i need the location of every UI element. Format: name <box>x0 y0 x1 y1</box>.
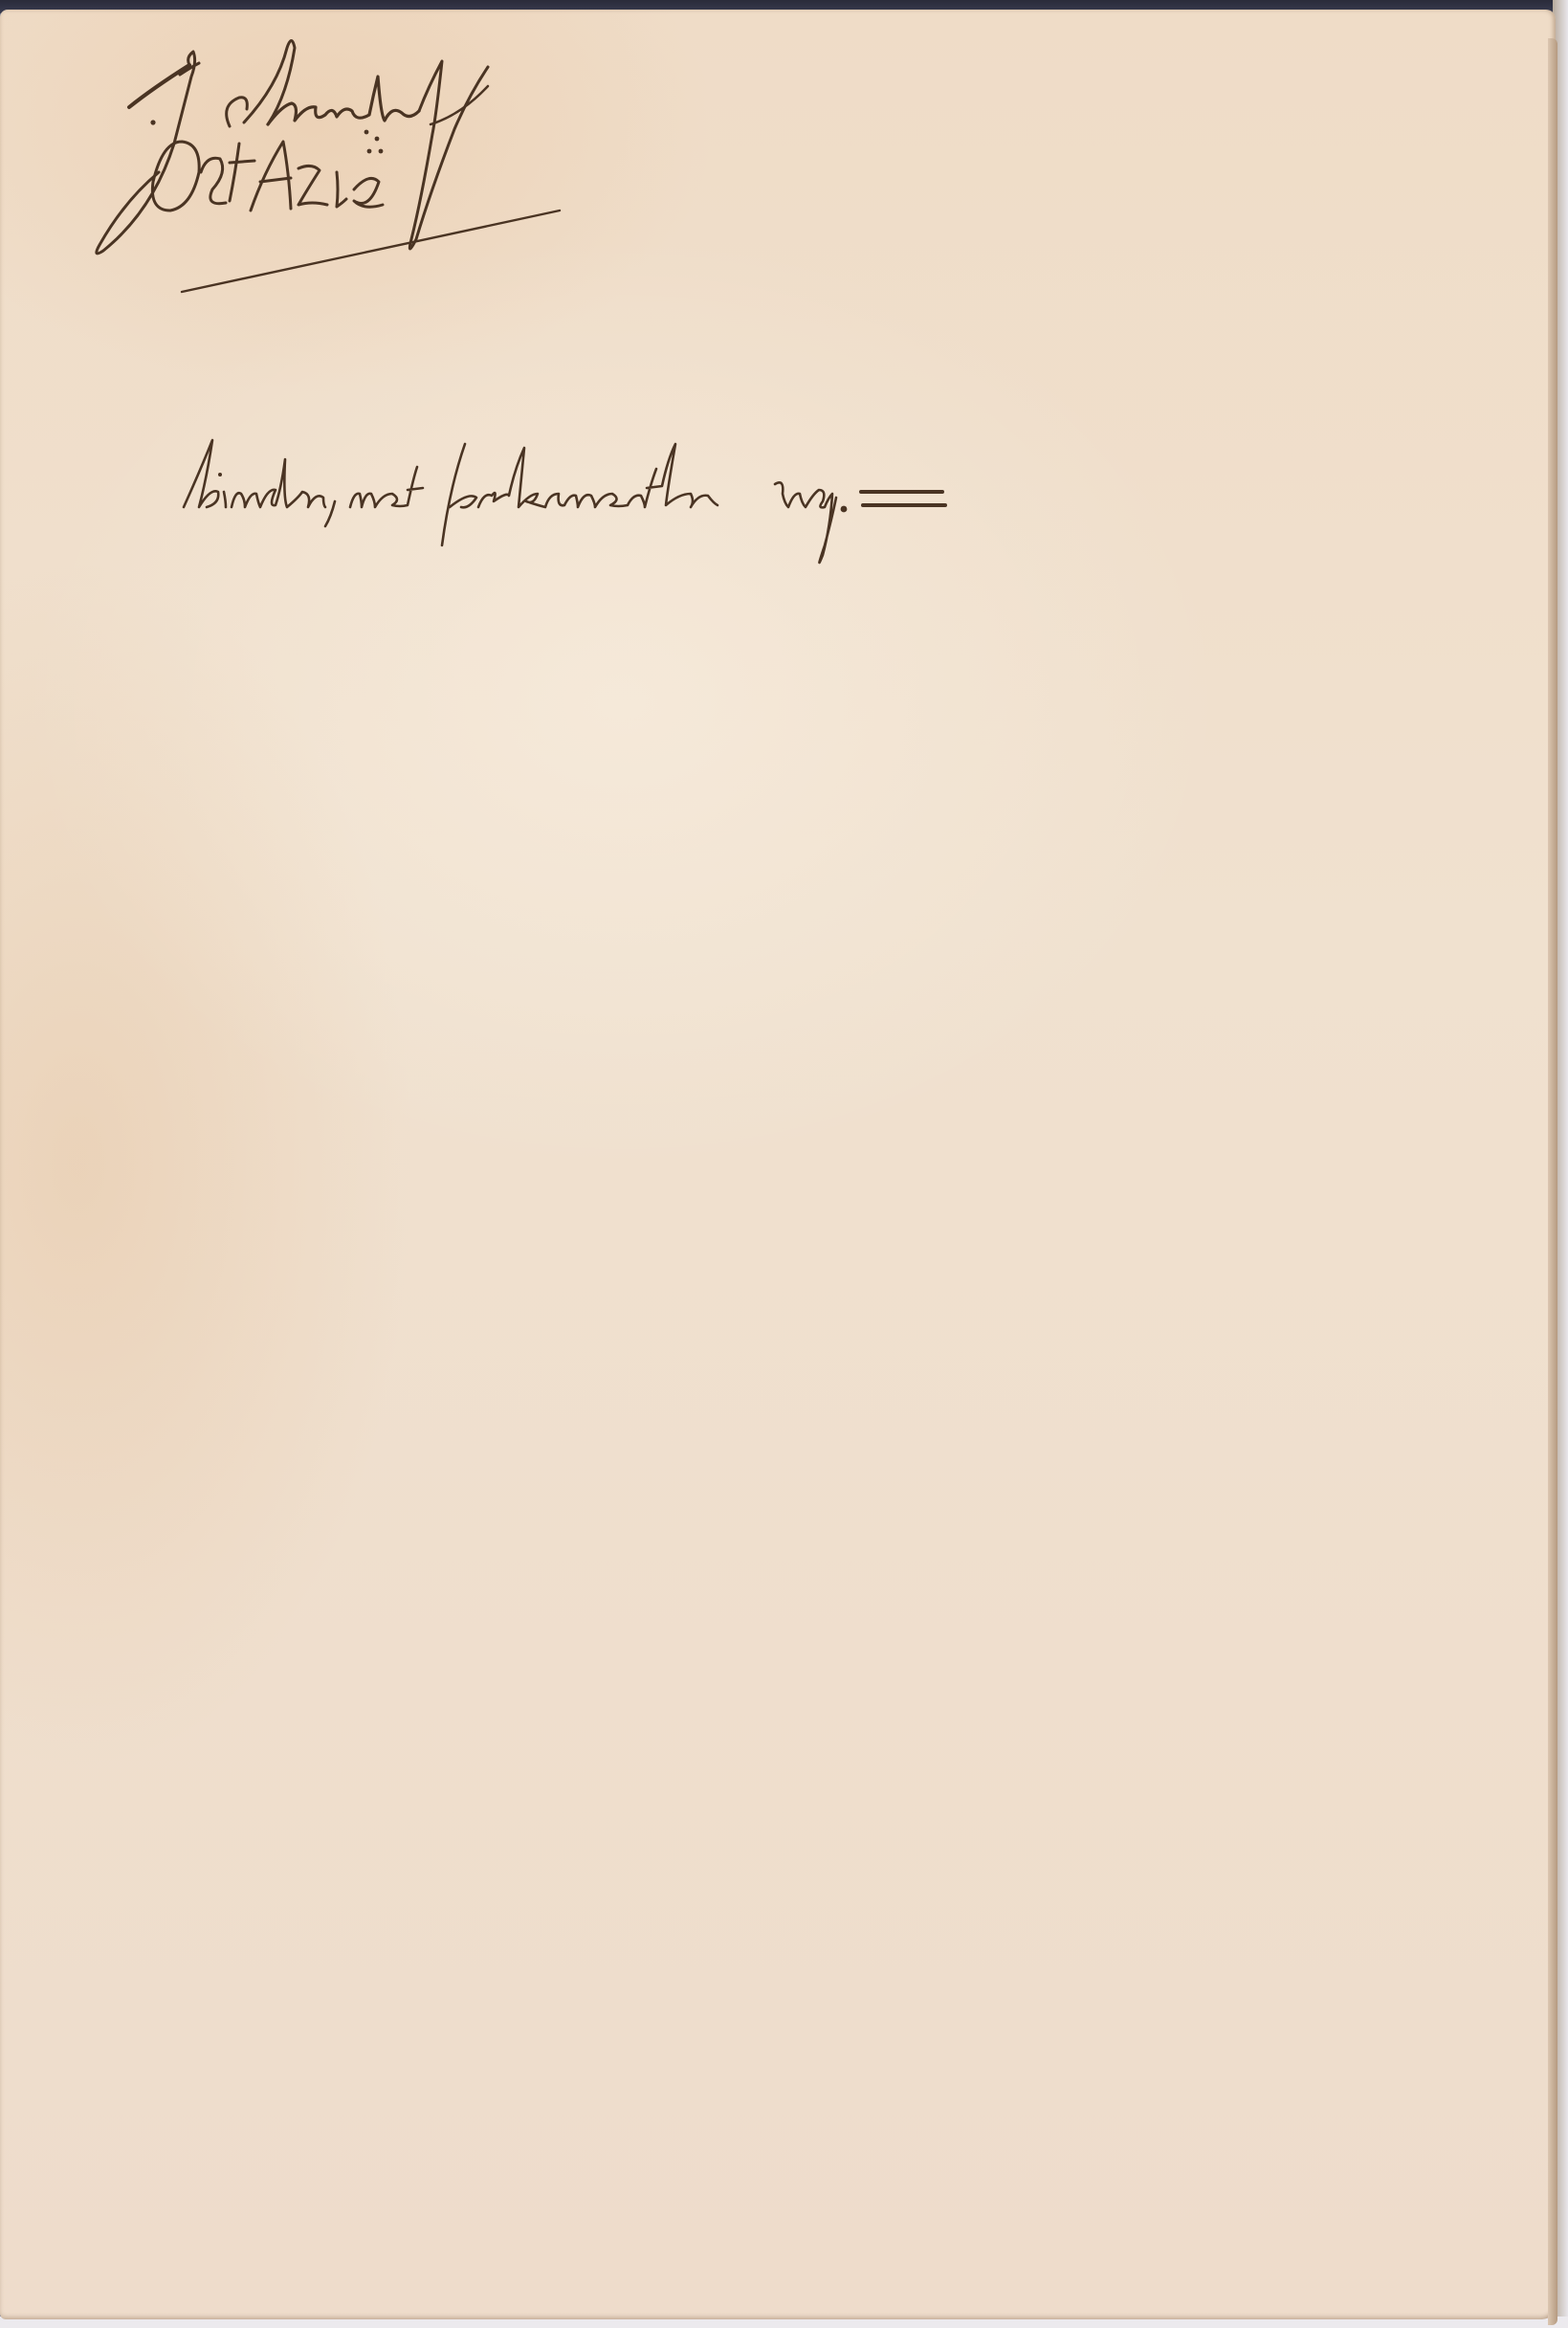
handwritten-signature-icon <box>86 29 584 306</box>
manuscript-page: J. Slauerhoff Oost Azië <box>0 10 1556 2319</box>
handwritten-note-icon <box>163 431 995 584</box>
page-edge <box>1548 38 1557 2325</box>
